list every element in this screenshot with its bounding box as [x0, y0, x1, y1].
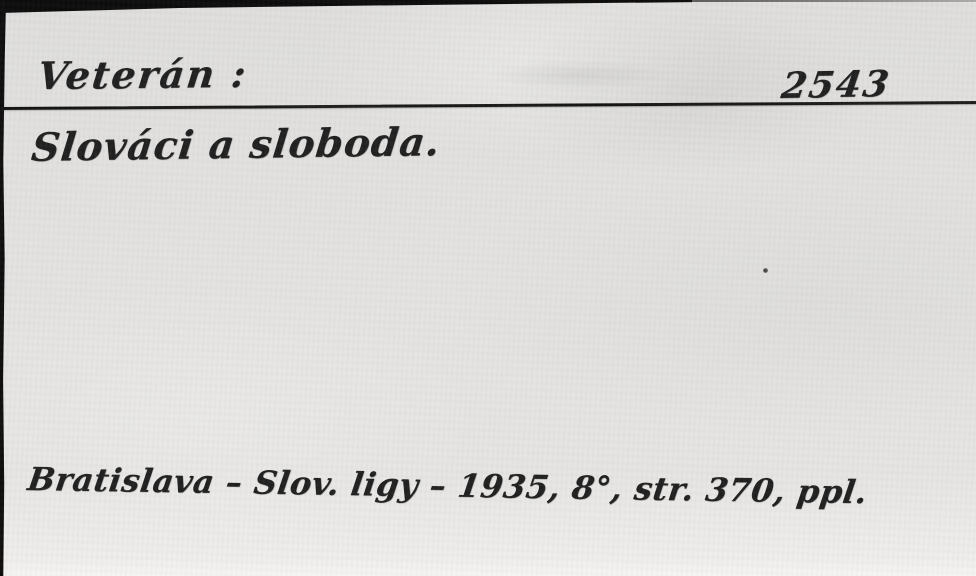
catalog-card-scan: Veterán : 2543 Slováci a sloboda. Bratis… [0, 0, 976, 576]
card-heading: Veterán : [35, 51, 250, 98]
paper-smudge [490, 60, 670, 90]
scan-edge-left [0, 0, 6, 576]
card-title: Slováci a sloboda. [29, 119, 443, 171]
catalog-number: 2543 [779, 63, 893, 107]
ink-speck [763, 268, 768, 273]
card-imprint: Bratislava – Slov. ligy – 1935, 8°, str.… [25, 460, 869, 511]
scan-edge-top [0, 0, 692, 13]
